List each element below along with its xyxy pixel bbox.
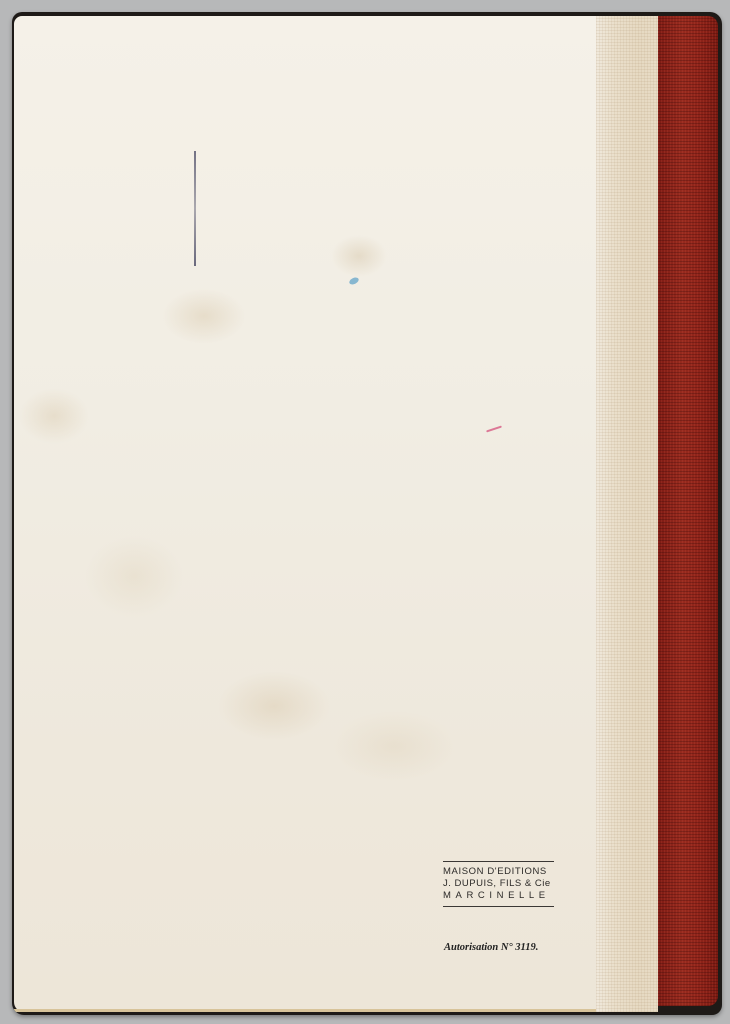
spine-red-cloth xyxy=(658,16,718,1006)
publisher-line-2: J. DUPUIS, FILS & Cie xyxy=(443,878,554,890)
book: MAISON D'EDITIONS J. DUPUIS, FILS & Cie … xyxy=(12,12,722,1015)
pink-mark xyxy=(486,426,502,433)
top-rule xyxy=(443,861,554,862)
publisher-line-3: MARCINELLE xyxy=(443,890,554,902)
spine-cloth-strip xyxy=(596,16,658,1012)
back-cover: MAISON D'EDITIONS J. DUPUIS, FILS & Cie … xyxy=(14,16,610,1012)
publisher-line-1: MAISON D'EDITIONS xyxy=(443,866,554,878)
pen-mark xyxy=(194,151,196,266)
ink-spot xyxy=(348,276,360,286)
authorization-number: Autorisation N° 3119. xyxy=(444,942,538,953)
bottom-rule xyxy=(443,906,554,907)
publisher-block: MAISON D'EDITIONS J. DUPUIS, FILS & Cie … xyxy=(443,861,554,907)
cover-edge xyxy=(14,1009,610,1012)
